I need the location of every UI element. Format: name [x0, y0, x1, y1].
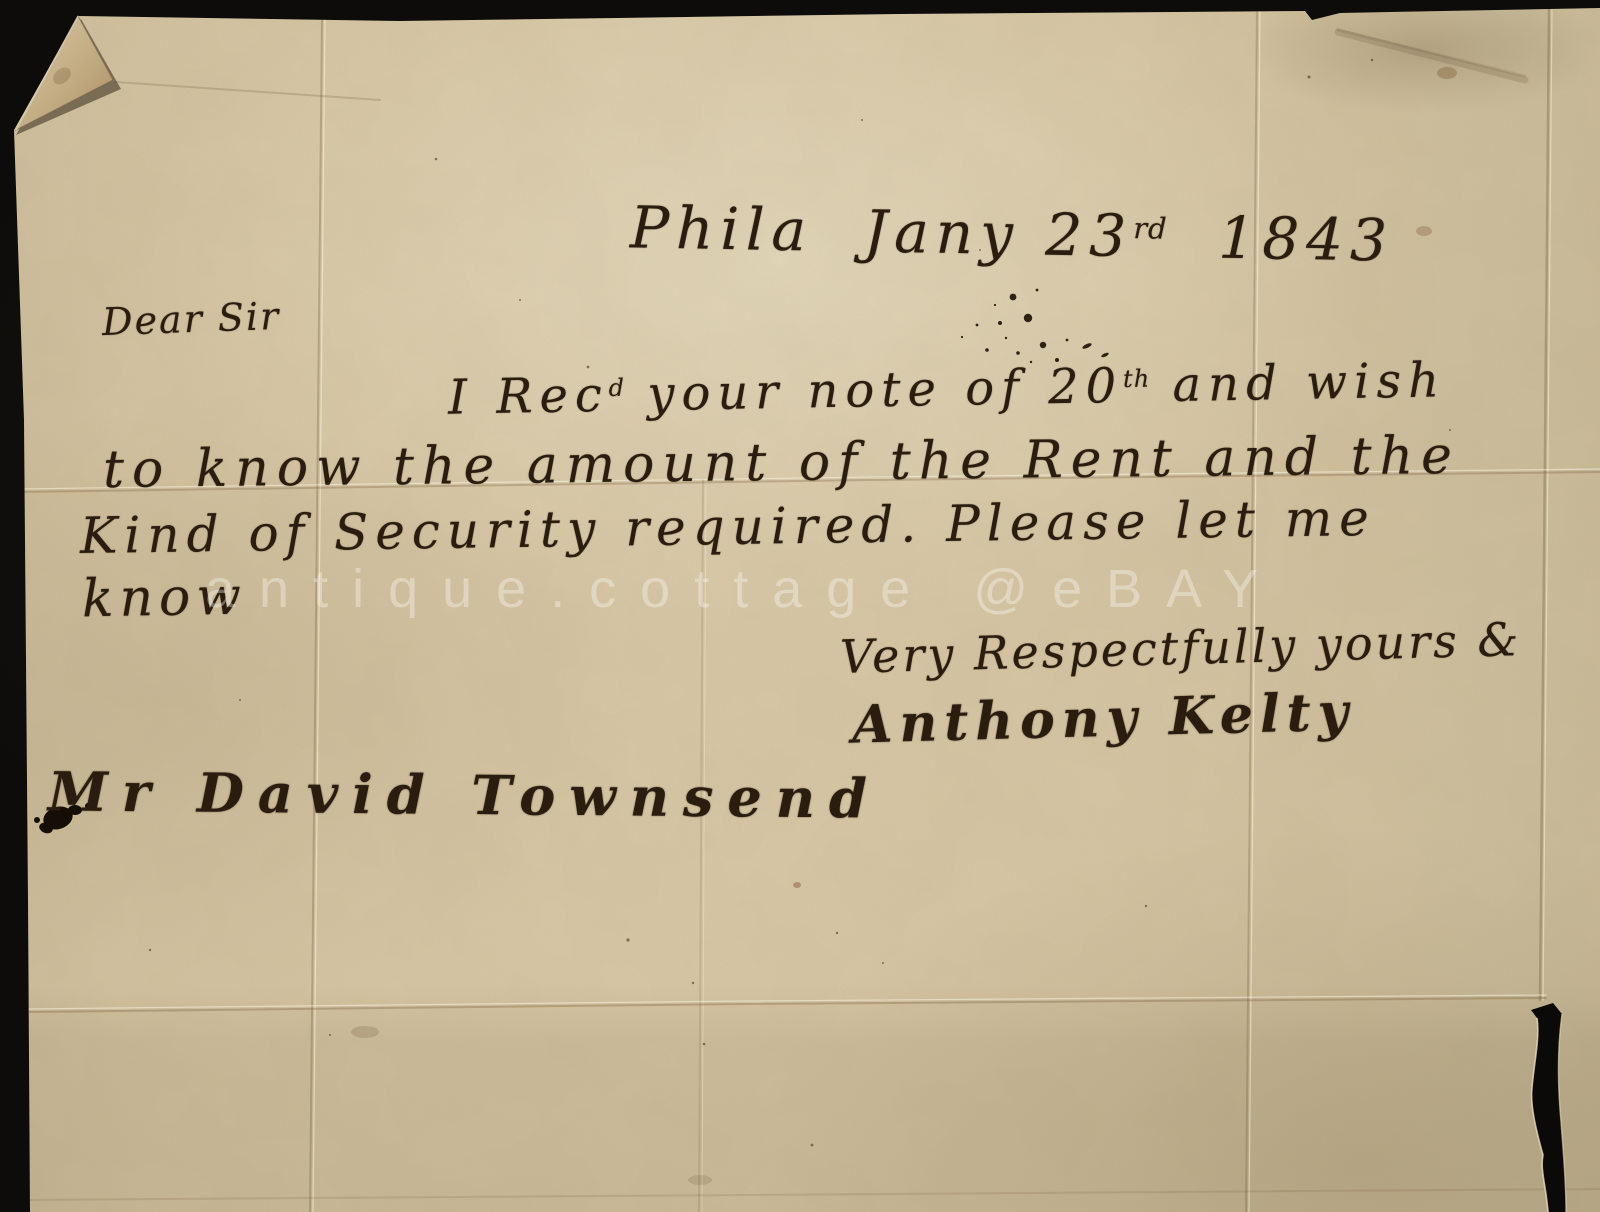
dateline: Phila Jany 23rd 1843: [630, 198, 1395, 269]
recd-superscript: d: [608, 374, 625, 402]
body-line-2: to know the amount of the Rent and the: [103, 430, 1460, 496]
addressee: Mr David Townsend: [48, 764, 881, 825]
body-line-1-end: and wish: [1150, 352, 1447, 413]
dateline-day-suffix: rd: [1133, 211, 1168, 246]
body-line-3: Kind of Security required. Please let me: [80, 493, 1376, 561]
dateline-place-month: Phila Jany 23: [629, 193, 1133, 270]
letter-photo: Phila Jany 23rd 1843 Dear Sir I Recd you…: [0, 0, 1600, 1212]
body-line-1-middle: your note of 20: [625, 358, 1124, 423]
signature: Anthony Kelty: [851, 686, 1355, 751]
date-superscript: th: [1123, 365, 1151, 393]
body-line-1: I Recd your note of 20th and wish: [448, 356, 1447, 421]
body-line-1-start: I Rec: [448, 367, 610, 426]
salutation: Dear Sir: [101, 297, 280, 341]
complimentary-closing: Very Respectfully yours &: [840, 616, 1522, 680]
seller-watermark: antique.cottage @eBAY: [205, 558, 1282, 620]
dateline-year: 1843: [1167, 203, 1395, 275]
